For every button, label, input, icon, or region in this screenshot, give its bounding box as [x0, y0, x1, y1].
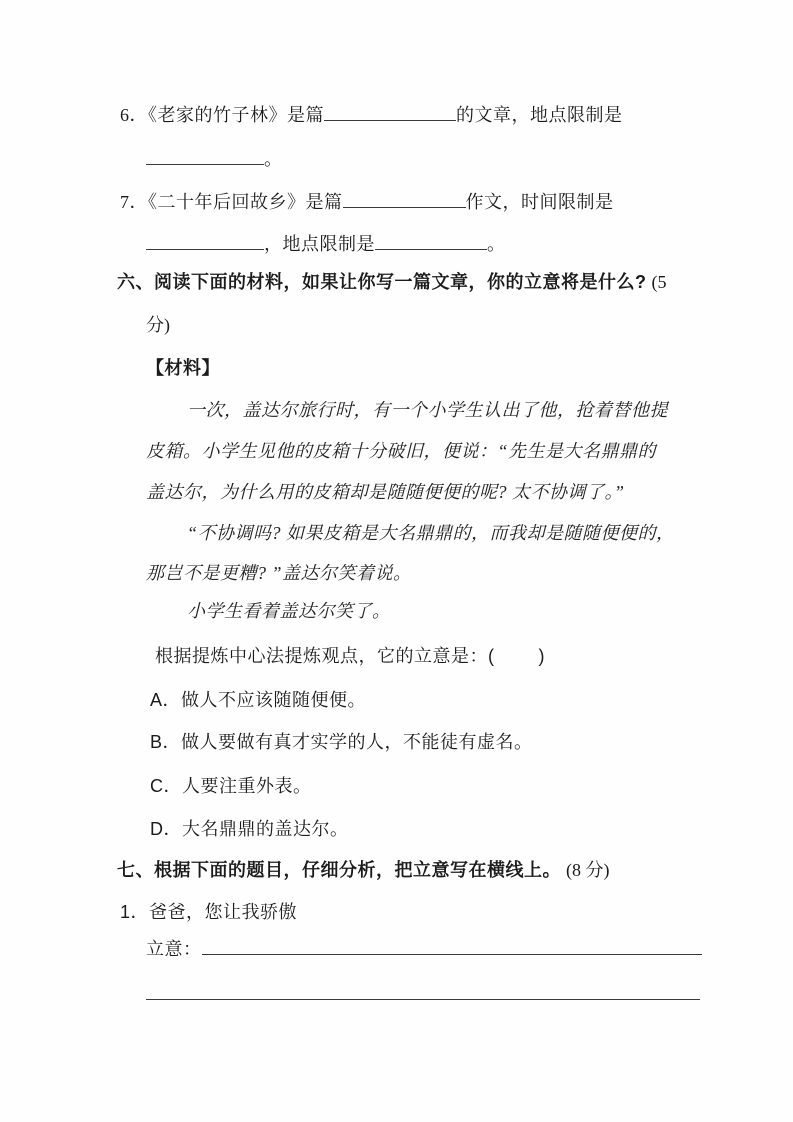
- question-7-line-2: ，地点限制是。: [146, 232, 506, 254]
- section-6-heading: 六、阅读下面的材料，如果让你写一篇文章，你的立意将是什么?(5: [117, 271, 667, 293]
- question-6-text-c: 。: [264, 149, 283, 169]
- worksheet-page: 6．《老家的竹子林》是篇的文章，地点限制是 。 7．《二十年后回故乡》是篇作文，…: [0, 0, 793, 1122]
- question-7-number: 7．: [120, 192, 148, 212]
- extraction-question: 根据提炼中心法提炼观点，它的立意是：( ): [155, 645, 545, 667]
- section-7-heading: 七、根据下面的题目，仔细分析，把立意写在横线上。(8 分): [117, 859, 610, 881]
- subquestion-1-title-text: 1．爸爸，您让我骄傲: [120, 902, 297, 922]
- intent-label: 立意：: [146, 939, 202, 959]
- question-6-number: 6．: [120, 105, 148, 125]
- material-line-4: “不协调吗? 如果皮箱是大名鼎鼎的，而我却是随随便便的，: [187, 522, 675, 544]
- option-c-text: C．人要注重外表。: [150, 776, 312, 796]
- fill-in-blank-q7-time: [146, 232, 264, 250]
- material-text: 那岂不是更糟? ”盖达尔笑着说。: [146, 563, 412, 583]
- subquestion-1-title: 1．爸爸，您让我骄傲: [120, 901, 297, 923]
- fill-in-blank-intent-2: [146, 982, 700, 1000]
- question-7-line-1: 7．《二十年后回故乡》是篇作文，时间限制是: [120, 190, 614, 212]
- section-6-points-part2: 分): [146, 315, 170, 335]
- material-line-5: 那岂不是更糟? ”盖达尔笑着说。: [146, 562, 412, 584]
- question-6-line-2: 。: [146, 147, 283, 169]
- material-line-6: 小学生看着盖达尔笑了。: [187, 600, 391, 622]
- material-text: 一次，盖达尔旅行时，有一个小学生认出了他，抢着替他提: [187, 400, 668, 420]
- material-label-text: 【材料】: [146, 358, 220, 378]
- question-7-text-a: 《二十年后回故乡》是篇: [148, 192, 343, 212]
- fill-in-blank-intent-1: [202, 937, 702, 955]
- section-6-heading-text: 六、阅读下面的材料，如果让你写一篇文章，你的立意将是什么?: [117, 272, 647, 292]
- question-6-line-1: 6．《老家的竹子林》是篇的文章，地点限制是: [120, 103, 623, 125]
- section-7-heading-text: 七、根据下面的题目，仔细分析，把立意写在横线上。: [117, 860, 561, 880]
- question-7-text-b: 作文，时间限制是: [466, 192, 614, 212]
- section-6-heading-continued: 分): [146, 314, 170, 336]
- material-line-3: 盖达尔，为什么用的皮箱却是随随便便的呢? 太不协调了。”: [146, 481, 625, 503]
- material-line-2: 皮箱。小学生见他的皮箱十分破旧，便说：“先生是大名鼎鼎的: [146, 440, 656, 462]
- option-a-text: A．做人不应该随随便便。: [150, 690, 366, 710]
- fill-in-blank-q7-genre: [343, 190, 466, 208]
- material-text: 小学生看着盖达尔笑了。: [187, 601, 391, 621]
- option-b: B．做人要做有真才实学的人，不能徒有虚名。: [150, 731, 533, 753]
- material-line-1: 一次，盖达尔旅行时，有一个小学生认出了他，抢着替他提: [187, 399, 668, 421]
- material-text: 皮箱。小学生见他的皮箱十分破旧，便说：“先生是大名鼎鼎的: [146, 441, 656, 461]
- option-c: C．人要注重外表。: [150, 775, 312, 797]
- section-7-points: (8 分): [566, 860, 610, 880]
- option-d-text: D．大名鼎鼎的盖达尔。: [150, 819, 349, 839]
- section-6-points-part1: (5: [652, 272, 667, 292]
- question-7-text-c: ，地点限制是: [264, 234, 375, 254]
- question-6-text-b: 的文章，地点限制是: [456, 105, 623, 125]
- intent-line-1: 立意：: [146, 937, 702, 959]
- intent-line-2: [146, 982, 700, 1004]
- material-text: 盖达尔，为什么用的皮箱却是随随便便的呢? 太不协调了。”: [146, 482, 625, 502]
- material-label: 【材料】: [146, 357, 220, 379]
- question-6-text-a: 《老家的竹子林》是篇: [148, 105, 324, 125]
- fill-in-blank-q7-place: [375, 232, 487, 250]
- fill-in-blank-q6-place: [146, 147, 264, 165]
- question-7-text-d: 。: [487, 234, 506, 254]
- extraction-question-text: 根据提炼中心法提炼观点，它的立意是：( ): [155, 646, 545, 666]
- option-a: A．做人不应该随随便便。: [150, 689, 366, 711]
- fill-in-blank-q6-genre: [324, 103, 456, 121]
- material-text: “不协调吗? 如果皮箱是大名鼎鼎的，而我却是随随便便的，: [187, 523, 675, 543]
- option-d: D．大名鼎鼎的盖达尔。: [150, 818, 349, 840]
- option-b-text: B．做人要做有真才实学的人，不能徒有虚名。: [150, 732, 533, 752]
